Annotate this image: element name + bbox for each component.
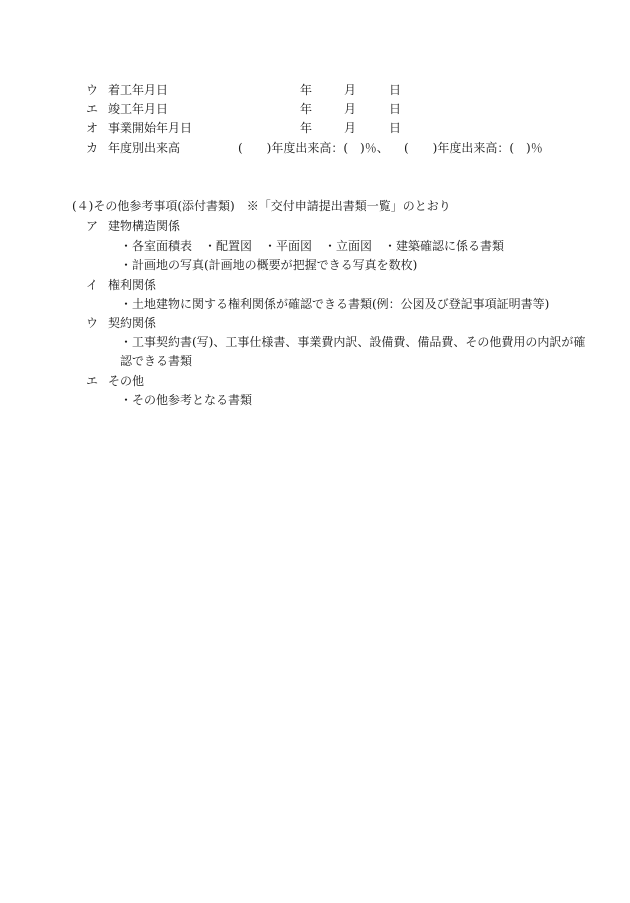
bullet-line-continuation: 認できる書類	[120, 355, 192, 367]
item-marker: ウ	[86, 317, 98, 329]
item-marker: イ	[86, 279, 98, 291]
row-marker: ウ	[86, 84, 98, 96]
item-title-building-structure: 建物構造関係	[108, 220, 180, 232]
section-heading: (４)その他参考事項(添付書類) ※「交付申請提出書類一覧」のとおり	[72, 200, 451, 212]
bullet-line: ・各室面積表 ・配置図 ・平面図 ・立面図 ・建築確認に係る書類	[120, 240, 504, 252]
month-label: 月	[344, 84, 356, 96]
item-title-contracts: 契約関係	[108, 317, 156, 329]
row-marker: カ	[86, 142, 98, 154]
annual-progress-label: 年度別出来高	[108, 142, 180, 154]
day-label: 日	[389, 103, 401, 115]
month-label: 月	[344, 122, 356, 134]
row-marker: エ	[86, 103, 98, 115]
bullet-line: ・その他参考となる書類	[120, 394, 252, 406]
month-label: 月	[344, 103, 356, 115]
item-marker: エ	[86, 375, 98, 387]
annual-progress-field-2: ( )年度出来高：( )％	[404, 142, 543, 154]
year-label: 年	[300, 84, 312, 96]
annual-progress-field-1: ( )年度出来高：( )％、	[238, 142, 389, 154]
business-start-date-label: 事業開始年月日	[108, 122, 192, 134]
item-title-rights: 権利関係	[108, 279, 156, 291]
year-label: 年	[300, 103, 312, 115]
year-label: 年	[300, 122, 312, 134]
item-marker: ア	[86, 220, 98, 232]
bullet-line: ・土地建物に関する権利関係が確認できる書類(例：公図及び登記事項証明書等)	[120, 298, 549, 310]
day-label: 日	[389, 84, 401, 96]
item-title-other: その他	[108, 375, 144, 387]
day-label: 日	[389, 122, 401, 134]
completion-date-label: 竣工年月日	[108, 103, 168, 115]
start-date-label: 着工年月日	[108, 84, 168, 96]
row-marker: オ	[86, 122, 98, 134]
bullet-line: ・工事契約書(写)、工事仕様書、事業費内訳、設備費、備品費、その他費用の内訳が確	[120, 336, 585, 348]
bullet-line: ・計画地の写真(計画地の概要が把握できる写真を数枚)	[120, 259, 417, 271]
